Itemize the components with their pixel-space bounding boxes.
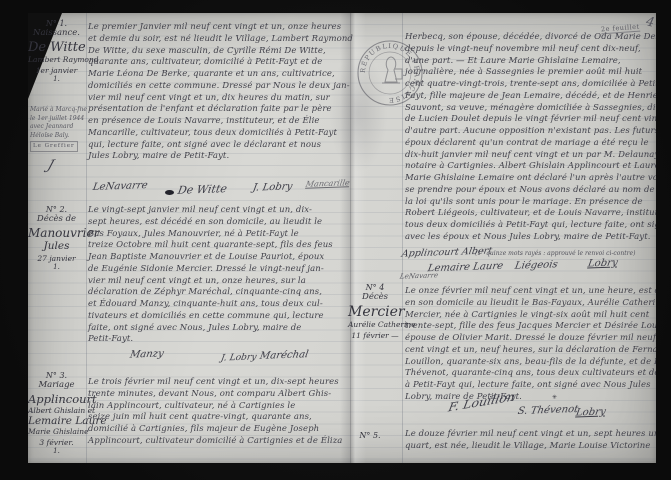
text-line: de Lucien Doulet depuis le vingt février… [405, 114, 656, 126]
greffier-stamp: Le Greffier [30, 141, 78, 152]
entry3-firstname-bride: Marie Ghislaine [28, 427, 85, 436]
entry1-type: Naissance. [28, 28, 85, 38]
register-double-page: 4 2e feuillet RÉPUBLIQUE FRANÇAISE N° 1.… [28, 13, 656, 463]
text-line: vier mil neuf cent vingt et un, onze heu… [88, 276, 344, 288]
text-line: en son domicile au lieudit le Bas-Fayaux… [405, 298, 656, 310]
text-line: Jean Baptiste Manouvrier et de Louise Pa… [88, 252, 344, 264]
text-line: Mercier, née à Cartignies le vingt-six a… [405, 310, 656, 322]
text-line: Jules Lobry, maire de Petit-Fayt. [88, 151, 344, 163]
signature-thevenot: S. Thévenot [517, 404, 579, 417]
entry4-margin: N° 4 Décès Mercier Aurélie Catherine 11 … [348, 283, 402, 340]
entry1-foot: 1. [28, 75, 85, 83]
text-line: journalière, née à Sassegnies le premier… [405, 67, 656, 79]
text-line: Mancarille, cultivateur, tous deux domic… [88, 128, 344, 140]
entry3-body-left: Le trois février mil neuf cent vingt et … [88, 377, 344, 448]
text-line: tous deux domiciliés à Petit-Fayt qui, l… [405, 220, 656, 232]
text-line: domiciliés en cette commune. Dressé par … [88, 81, 344, 93]
entry1-date: 1er janvier [28, 66, 85, 75]
entry2-type: Décès de [28, 214, 85, 224]
entry4-date: 11 février — [348, 331, 402, 340]
signature-navarre-1: LeNavarre [92, 180, 149, 193]
text-line: Le premier Janvier mil neuf cent vingt e… [88, 22, 344, 34]
text-line: d'une part. — Et Laure Marie Ghislaine L… [405, 56, 656, 68]
entry3-surname-groom: Applincourt [28, 392, 85, 406]
entry2-number: N° 2. [28, 205, 85, 214]
signature-manzy: Manzy [129, 348, 165, 360]
text-line: Marie Léona De Berke, quarante et un ans… [88, 69, 344, 81]
renvoi-note: (1° quinze mots rayés : approuvé le renv… [475, 250, 635, 257]
text-line: quarante ans, cultivateur, domicilié à P… [88, 57, 344, 69]
entry1-margin: N° 1. Naissance. De Witte Lambert Raymon… [28, 19, 85, 83]
entry3-margin: N° 3. Mariage Applincourt Albert Ghislai… [28, 371, 85, 455]
entry3-body-right: Herbecq, son épouse, décédée, divorcé de… [405, 32, 656, 244]
page-number: 4 [645, 14, 656, 30]
text-line: sept heures, est décédé en son domicile,… [88, 217, 344, 229]
text-line: quart, est née, lieudit le Village, Mari… [405, 441, 656, 453]
text-line: cent quatre-vingt-trois, trente-sept ans… [405, 79, 656, 91]
text-line: lain Applincourt, cultivateur, né à Cart… [88, 401, 344, 413]
signature-navarre-2: LeNavarre [399, 271, 439, 280]
signature-lobry-2: J. Lobry [220, 352, 257, 363]
entry1-number: N° 1. [28, 19, 85, 28]
signature-mancarille: Mancarille [305, 178, 351, 189]
entry4-number: N° 4 [348, 283, 402, 292]
entry3-type: Mariage [28, 380, 85, 390]
signature-marechal: Maréchal [259, 349, 309, 362]
text-line: trente minutes, devant Nous, ont comparu… [88, 389, 344, 401]
correction-mark: ✳ [552, 394, 557, 401]
entry2-margin: N° 2. Décès de Manouvrier Jules 27 janvi… [28, 205, 85, 271]
entry1-body: Le premier Janvier mil neuf cent vingt e… [88, 22, 344, 163]
text-line: la loi qu'ils sont unis pour le mariage.… [405, 197, 656, 209]
text-line: Petit-Fayt. [88, 334, 344, 346]
text-line: avec les époux et Nous Jules Lobry, mair… [405, 232, 656, 244]
seal-marianne-figure [382, 57, 402, 83]
entry5-number: N° 5. [350, 431, 390, 440]
text-line: épouse de Olivier Marit. Dressé le douze… [405, 333, 656, 345]
ink-blot [165, 190, 174, 195]
entry3-number: N° 3. [28, 371, 85, 380]
text-line: à Petit-Fayt qui, lecture faite, ont sig… [405, 380, 656, 392]
text-line: Le trois février mil neuf cent vingt et … [88, 377, 344, 389]
text-line: faite, ont signé avec Nous, Jules Lobry,… [88, 323, 344, 335]
text-line: Robert Liégeois, cultivateur, et de Loui… [405, 208, 656, 220]
text-line: tivateurs et domiciliés en cette commune… [88, 311, 344, 323]
text-line: de Eugénie Sidonie Mercier. Dressé le vi… [88, 264, 344, 276]
entry2-body: Le vingt-sept janvier mil neuf cent ving… [88, 205, 344, 346]
text-line: d'autre part. Aucune opposition n'exista… [405, 126, 656, 138]
text-line: se prendre pour époux et Nous avons décl… [405, 185, 656, 197]
text-line: treize Octobre mil huit cent quarante-se… [88, 240, 344, 252]
greffier-signature-scrawl: J [45, 158, 55, 174]
text-line: Marie Ghislaine Lemaire ont déclaré l'un… [405, 173, 656, 185]
text-line: Lobry, maire de Petit-Fayt. [405, 392, 656, 404]
signature-lobry-1: J. Lobry [252, 181, 293, 193]
signature-lobry-4: Lobry [575, 406, 607, 418]
text-line: Le onze février mil neuf cent vingt et u… [405, 286, 656, 298]
text-line: domicilié à Cartignies, fils majeur de E… [88, 424, 344, 436]
entry2-foot: 1. [28, 263, 85, 271]
entry4-body: Le onze février mil neuf cent vingt et u… [405, 286, 656, 404]
signature-liegeois: Liégeois [514, 259, 559, 271]
text-line: époux déclarent qu'un contrat de mariage… [405, 138, 656, 150]
entry5-body: Le douze février mil neuf cent vingt et … [405, 429, 656, 453]
text-line: notaire à Cartignies. Albert Ghislain Ap… [405, 161, 656, 173]
entry3-date: 3 février. [28, 438, 85, 447]
entry2-surname: Manouvrier [28, 226, 85, 240]
text-line: cent vingt et un, neuf heures, sur la dé… [405, 345, 656, 357]
text-line: Applincourt, cultivateur domicilié à Car… [88, 436, 344, 448]
text-line: déclaration de Zéphyr Maréchal, cinquant… [88, 287, 344, 299]
text-line: trente-sept, fille des feus Jacques Merc… [405, 321, 656, 333]
entry3-surname-bride: Lemaire Laure [28, 415, 85, 427]
entry4-surname: Mercier [348, 304, 402, 320]
text-line: Le vingt-sept janvier mil neuf cent ving… [88, 205, 344, 217]
text-line: Herbecq, son épouse, décédée, divorcé de… [405, 32, 656, 44]
text-line: De Witte, du sexe masculin, de Cyrille R… [88, 46, 344, 58]
register-photo: 4 2e feuillet RÉPUBLIQUE FRANÇAISE N° 1.… [0, 0, 671, 480]
text-line: en présence de Louis Navarre, instituteu… [88, 116, 344, 128]
signature-dewitte: De Witte [177, 182, 228, 197]
entry3-foot: 1. [28, 447, 85, 455]
text-line: Bas Foyaux, Jules Manouvrier, né à Petit… [88, 229, 344, 241]
entry2-firstname: Jules [28, 240, 85, 252]
text-line: seize juin mil huit cent quatre-vingt, q… [88, 412, 344, 424]
entry1-firstname: Lambert Raymond [28, 55, 85, 64]
text-line: Thévenot, quarante-cinq ans, tous deux c… [405, 368, 656, 380]
text-line: et demie du soir, est né lieudit le Vill… [88, 34, 344, 46]
text-line: Louillon, quarante-six ans, beau-fils de… [405, 357, 656, 369]
text-line: dix-huit janvier mil neuf cent vingt et … [405, 150, 656, 162]
entry1-surname: De Witte [28, 40, 85, 55]
entry2-date: 27 janvier [28, 254, 85, 263]
text-line: présentation de l'enfant et déclaration … [88, 104, 344, 116]
text-line: depuis le vingt-neuf novembre mil neuf c… [405, 44, 656, 56]
entry4-firstname: Aurélie Catherine [348, 320, 402, 329]
text-line: et Édouard Manzy, cinquante-huit ans, to… [88, 299, 344, 311]
entry5-margin: N° 5. [350, 431, 390, 440]
text-line: vier mil neuf cent vingt et un, dix heur… [88, 93, 344, 105]
text-line: Fayt, fille majeure de Jean Lemaire, déc… [405, 91, 656, 103]
signature-lobry-3: Lobry [587, 257, 619, 269]
text-line: Le douze février mil neuf cent vingt et … [405, 429, 656, 441]
text-line: Sauvont, sa veuve, ménagère domiciliée à… [405, 103, 656, 115]
entry4-type: Décès [348, 292, 402, 302]
entry3-firstname-groom: Albert Ghislain et [28, 406, 85, 415]
text-line: qui, lecture faite, ont signé avec le dé… [88, 140, 344, 152]
